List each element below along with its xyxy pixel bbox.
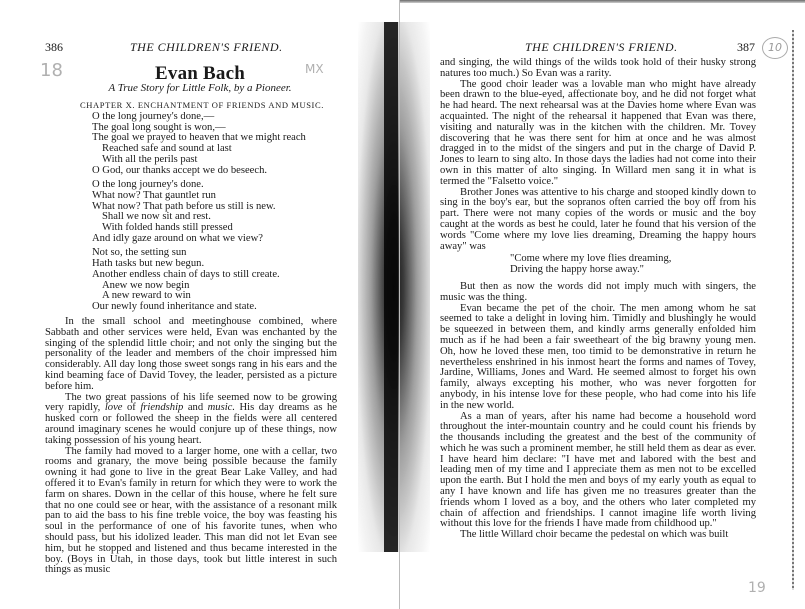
quote-line: Driving the happy horse away." bbox=[510, 265, 756, 276]
text-run: and bbox=[183, 402, 207, 413]
poem-stanza: Not so, the setting sun Hath tasks but n… bbox=[92, 248, 306, 312]
page-number: 387 bbox=[737, 40, 755, 55]
left-page: 386 THE CHILDREN'S FRIEND. 18 MX Evan Ba… bbox=[0, 0, 400, 609]
poem-line: Another endless chain of days to still c… bbox=[92, 270, 306, 281]
poem-line: And idly gaze around on what we view? bbox=[92, 234, 306, 245]
paragraph: Brother Jones was attentive to his charg… bbox=[440, 188, 756, 253]
running-head: THE CHILDREN'S FRIEND. bbox=[525, 40, 678, 55]
paragraph: The two great passions of his life seeme… bbox=[45, 393, 337, 447]
italic-text: friendship bbox=[140, 402, 183, 413]
poem: O the long journey's done,— The goal lon… bbox=[92, 112, 306, 317]
italic-text: love bbox=[105, 402, 123, 413]
chapter-heading: CHAPTER X. ENCHANTMENT OF FRIENDS AND MU… bbox=[80, 100, 324, 110]
paragraph: In the small school and meetinghouse com… bbox=[45, 317, 337, 393]
poem-line: Our newly found inheritance and state. bbox=[92, 302, 306, 313]
paragraph: The little Willard choir became the pede… bbox=[440, 530, 756, 541]
song-quote: "Come where my love flies dreaming, Driv… bbox=[440, 254, 756, 276]
poem-line: With all the perils past bbox=[92, 155, 306, 166]
story-subtitle: A True Story for Little Folk, by a Pione… bbox=[0, 82, 400, 94]
left-body-text: In the small school and meetinghouse com… bbox=[45, 317, 337, 576]
paragraph: The good choir leader was a lovable man … bbox=[440, 80, 756, 188]
paragraph: As a man of years, after his name had be… bbox=[440, 412, 756, 531]
text-run: of bbox=[122, 402, 140, 413]
running-head: THE CHILDREN'S FRIEND. bbox=[130, 40, 283, 55]
poem-line: O God, our thanks accept we do beseech. bbox=[92, 166, 306, 177]
handwritten-mark: 19 bbox=[748, 580, 766, 596]
scan-right-edge bbox=[792, 30, 794, 590]
poem-stanza: O the long journey's done,— The goal lon… bbox=[92, 112, 306, 176]
page-number: 386 bbox=[45, 40, 63, 55]
handwritten-circled-mark: 10 bbox=[762, 37, 788, 59]
paragraph: and singing, the wild things of the wild… bbox=[440, 58, 756, 80]
right-body-text: and singing, the wild things of the wild… bbox=[440, 58, 756, 541]
paragraph: The family had moved to a larger home, o… bbox=[45, 447, 337, 577]
italic-text: music. bbox=[208, 402, 235, 413]
poem-stanza: O the long journey's done. What now? Tha… bbox=[92, 180, 306, 244]
paragraph: But then as now the words did not imply … bbox=[440, 282, 756, 304]
paragraph: Evan became the pet of the choir. The me… bbox=[440, 304, 756, 412]
